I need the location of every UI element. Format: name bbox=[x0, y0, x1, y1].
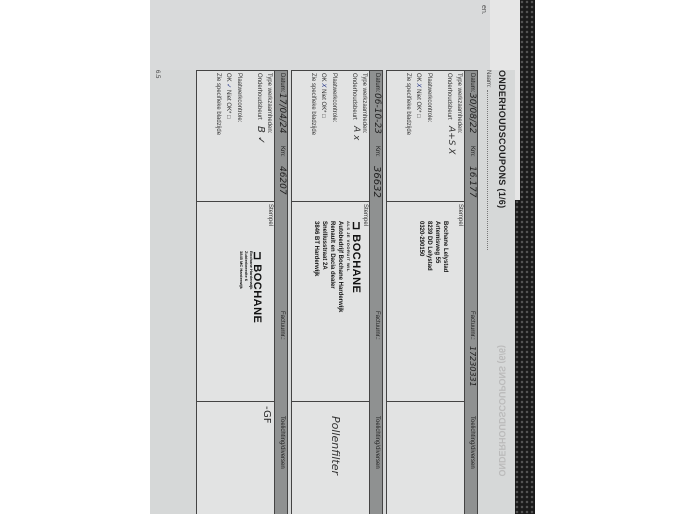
coupon-km: 36632 bbox=[371, 166, 382, 198]
coupon-date: 30/08/22 bbox=[467, 93, 477, 133]
coupon-3: Datum: 17/04/24 Km: 46207 Factuurnr.: To… bbox=[196, 70, 288, 514]
coupon-km: 16.177 bbox=[467, 166, 477, 198]
page-title: ONDERHOUDSCOUPONS (1/6) bbox=[497, 70, 507, 208]
coupon-date: 06-10-23 bbox=[372, 93, 382, 134]
coupon-date: 17/04/24 bbox=[277, 93, 287, 133]
coupon-service: B ✓ bbox=[255, 126, 266, 144]
coupon-notes: Pollenfilter bbox=[329, 416, 342, 475]
coupon-service: A+S X bbox=[446, 126, 456, 154]
coupon-service: A x bbox=[351, 126, 361, 140]
coupon-1: Datum: 30/08/22 Km: 16.177 Factuurnr.: 1… bbox=[386, 70, 478, 514]
dealer-stamp: Bochane Lelystad Artemisweg 55 8239 DD L… bbox=[417, 221, 449, 272]
coupon-page: ONDERHOUDSCOUPONS (1/6) ONDERHOUDSCOUPON… bbox=[150, 70, 515, 514]
dealer-stamp: ⊐ BOCHANE Bochane Harderwijk Zuiderbreed… bbox=[239, 251, 259, 323]
booklet-photo: kwaliteitsnormen als de on- die uitgevoe… bbox=[150, 0, 535, 514]
dealer-stamp: ⊐ BOCHANEALS JE VOORUIT WIL Autobedrijf … bbox=[312, 221, 360, 312]
prev-page-line: en. bbox=[480, 5, 487, 15]
coupon-km: 46207 bbox=[277, 166, 287, 195]
coupon-notes: -GF bbox=[261, 406, 272, 423]
page-number: 6.5 bbox=[154, 70, 160, 78]
coupon-invoice: 17230331 bbox=[468, 346, 477, 387]
coupon-2: Datum: 06-10-23 Km: 36632 Factuurnr.: To… bbox=[291, 70, 383, 514]
name-field: Naam: bbox=[485, 70, 491, 250]
ghost-title: ONDERHOUDSCOUPONS (6/6) bbox=[497, 345, 507, 477]
